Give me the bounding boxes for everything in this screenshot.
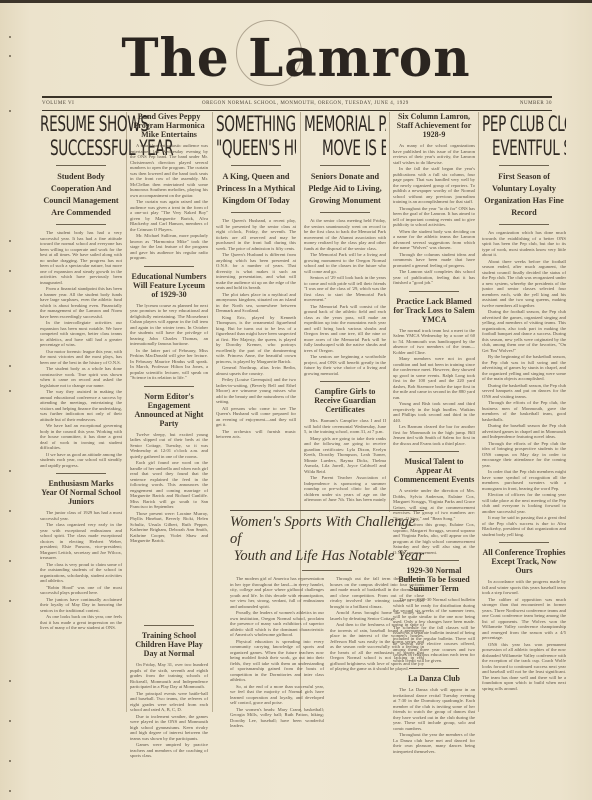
divider [144, 266, 194, 267]
paragraph: Les Barnum cleared the bar for another f… [393, 424, 475, 446]
article-headline: All Conference Trophies Except Track, No… [482, 548, 566, 575]
divider [409, 668, 459, 669]
divider [56, 165, 106, 166]
paragraph: The juniors have continually acclaimed t… [40, 597, 122, 614]
article-campfire: Campfire Girls to Receive Guardian Certi… [304, 381, 386, 502]
paragraph: In accordance with the progress made by … [482, 579, 566, 596]
paragraph: "Robin Hood" was one of the most success… [40, 585, 122, 596]
paragraph: By the beginning of the basketball seaso… [482, 354, 566, 382]
headline-line-2: MOVE IS BACKED [322, 136, 368, 160]
paragraph: If we have as good an attitude among the… [40, 452, 122, 469]
article-headline: Training School Children Have Play Day a… [130, 631, 208, 658]
divider [320, 212, 370, 213]
article-la-danza: La Danza Club The La Danza club will app… [393, 668, 475, 754]
article-lyceum: Educational Numbers Will Feature Lyceum … [130, 266, 208, 381]
article-headline: Enthusiasm Marks Year Of Normal School J… [40, 479, 122, 506]
article-memorial-park: MEMORIAL PARK MOVE IS BACKED Seniors Don… [304, 112, 386, 376]
paragraph: Through the efforts of the Pep club, the… [482, 400, 566, 422]
article-lamron-staff: Six Column Lamron, Staff Achievement for… [393, 112, 475, 286]
column-4: MEMORIAL PARK MOVE IS BACKED Seniors Don… [304, 112, 386, 502]
paragraph: The women's heads: Mary Crane, basketbal… [230, 707, 324, 729]
column-2-lower: Training School Children Have Play Day a… [130, 620, 208, 760]
article-headline: Band Gives Peppy Program Harmonica Mike … [130, 112, 208, 139]
paragraph: In the latter part of February, Miss Per… [130, 348, 208, 381]
paragraph: The Parent Teacher Association of Indepe… [304, 475, 386, 502]
paragraph: Many girls are going to take their ranks… [304, 436, 386, 475]
column-rule [389, 112, 390, 512]
paragraph: Through the columns student ideas and co… [393, 252, 475, 269]
paragraph: The Queen's Husband, a recent play, will… [216, 218, 296, 251]
paragraph: Election of officers for the coming year… [482, 492, 566, 514]
divider [499, 165, 549, 166]
paragraph: The caliber of opposition was much stron… [482, 597, 566, 641]
article-resume: RESUME SHOWS SUCCESSFUL YEAR Student Bod… [40, 112, 122, 468]
article-headline: Six Column Lamron, Staff Achievement for… [393, 112, 475, 139]
column-1: RESUME SHOWS SUCCESSFUL YEAR Student Bod… [40, 112, 122, 632]
issue-date: OREGON NORMAL SCHOOL, MONMOUTH, OREGON, … [202, 101, 409, 106]
paragraph: The La Danza club will appear in an invi… [393, 687, 475, 731]
article-headline: Musical Talent to Appear At Commencement… [393, 457, 475, 484]
paragraph: King Eric, played by Kenneth Thompson, i… [216, 315, 296, 365]
paragraph: The student body as a whole has done con… [40, 366, 122, 388]
divider [144, 625, 194, 626]
article-deck: Student Body Cooperation And Council Man… [40, 171, 122, 219]
paragraph: During the baseball season the Pep club … [482, 423, 566, 440]
article-bulletin: 1929-30 Normal Bulletin To be Issued Sum… [393, 560, 475, 663]
paragraph: Due to inclement weather, the games were… [130, 714, 208, 742]
paragraph: The Queen's Husband is different from an… [216, 252, 296, 291]
paragraph: On Friday, May 31, over two hundred pupi… [130, 662, 208, 690]
divider [409, 560, 459, 561]
divider [144, 386, 194, 387]
paragraph: The modern girl of America has represent… [230, 576, 324, 609]
paragraph: Games were umpired by practice teachers … [130, 742, 208, 759]
paragraph: Each girl found one word on the handle o… [130, 460, 208, 510]
paragraph: Throughout the year "to do for" ONS has … [393, 206, 475, 228]
paragraph: The seniors are beginning a worthwhile p… [304, 354, 386, 376]
paragraph: From a financial standpoint this has bee… [40, 286, 122, 319]
article-pep-club: PEP CLUB CLOSES EVENTFUL SEASON First Se… [482, 112, 566, 537]
divider [499, 224, 549, 225]
headline-line-1: MEMORIAL PARK [304, 112, 363, 136]
paragraph: As one looks back on this year, one feel… [40, 614, 122, 631]
paragraph: The orchestra will furnish music between… [216, 429, 296, 440]
paragraph: We have had an exceptional governing bod… [40, 423, 122, 451]
paragraph: The plot takes place in a mythical and a… [216, 292, 296, 314]
article-headline: Practice Lack Blamed for Track Loss to S… [393, 297, 475, 324]
article-deck: First Season of Voluntary Loyalty Organi… [482, 171, 566, 219]
divider [499, 542, 549, 543]
paragraph: Through the efforts of the Pep club the … [482, 441, 566, 469]
paragraph: The curtain was again raised and the aud… [130, 199, 208, 232]
newspaper-page: The Lamron VOLUME VI OREGON NORMAL SCHOO… [0, 0, 592, 800]
paragraph: It may be said in passing that a great d… [482, 515, 566, 537]
paragraph: Seniors of '29 will look back in the yea… [304, 275, 386, 303]
article-deck: Seniors Donate and Pledge Aid to Living,… [304, 171, 386, 207]
article-enthusiasm: Enthusiasm Marks Year Of Normal School J… [40, 473, 122, 631]
paragraph: A trio from this group, Eulaine Cox, sop… [393, 522, 475, 555]
paragraph: In the fall the staff began the year's p… [393, 166, 475, 205]
paragraph: All persons who come to see The Queen's … [216, 406, 296, 428]
paragraph: Mrs. Barnum's Campfire class I and II wi… [304, 418, 386, 435]
divider [56, 224, 106, 225]
article-track: Practice Lack Blamed for Track Loss to S… [393, 291, 475, 447]
paragraph: Physical education is spreading into eve… [230, 639, 324, 683]
paragraph: An organization which has done much towa… [482, 230, 566, 258]
paragraph: In the intercollegiate activities our ex… [40, 320, 122, 348]
paragraph: A sextette under the direction of Mrs. D… [393, 488, 475, 521]
article-training-school: Training School Children Have Play Day a… [130, 625, 208, 759]
paragraph: Throughout the year the members of the L… [393, 732, 475, 754]
headline-line-1: SOMETHING NEW IN [216, 112, 274, 136]
paragraph: About three weeks before the football se… [482, 259, 566, 309]
column-rule [478, 112, 479, 712]
paragraph: Proudly, the leaders of women's athletic… [230, 610, 324, 638]
article-headline: La Danza Club [393, 674, 475, 683]
paragraph: Petley (Louise Greenquist) and the two l… [216, 377, 296, 405]
paragraph: Many members were not in good condition … [393, 356, 475, 400]
volume-label: VOLUME VI [42, 101, 74, 106]
paragraph: When the student body was deciding on a … [393, 229, 475, 251]
divider [302, 570, 352, 571]
paragraph: The class is very proud to claim some of… [40, 562, 122, 584]
paragraph: The student body has had a very successf… [40, 230, 122, 285]
paragraph: The Memorial Park will consist of the gr… [304, 304, 386, 354]
paragraph: General Northrup, alias Irvin Berlin, al… [216, 365, 296, 376]
masthead: The Lamron [0, 28, 592, 88]
column-rule [126, 112, 127, 712]
divider [320, 381, 370, 382]
article-headline: Norm Editor's Engagement Announced at Ni… [130, 392, 208, 428]
page-top-border [0, 0, 592, 3]
paragraph: The junior class of 1929 has had a most … [40, 510, 122, 521]
headline-line-1: RESUME SHOWS [40, 112, 99, 136]
dateline: VOLUME VI OREGON NORMAL SCHOOL, MONMOUTH… [42, 96, 552, 111]
paragraph: In order that the Pep club members might… [482, 469, 566, 491]
article-trophies: All Conference Trophies Except Track, No… [482, 542, 566, 691]
divider [231, 212, 281, 213]
paragraph: Those present were: Loraine Murray, Phyl… [130, 511, 208, 544]
paragraph: Our motor forensic league this year, wit… [40, 349, 122, 366]
paragraph: The Memorial Park will be a living and g… [304, 252, 386, 274]
paragraph: ONS this year has won permanent possessi… [482, 642, 566, 692]
article-headline: 1929-30 Normal Bulletin To be Issued Sum… [393, 566, 475, 593]
article-headline: Educational Numbers Will Feature Lyceum … [130, 272, 208, 299]
headline-line-2: SUCCESSFUL YEAR [50, 136, 102, 160]
article-queens-husband: SOMETHING NEW IN "QUEEN'S HUSBAND" A Kin… [216, 112, 296, 440]
paragraph: At the senior class meeting held Friday,… [304, 218, 386, 251]
paragraph: During the basketball season, the Pep cl… [482, 383, 566, 400]
paragraph: So, at the end of a more than successful… [230, 684, 324, 706]
paragraph: Young and Bish took second and third res… [393, 401, 475, 423]
paragraph: The lyceum course as planned for next ye… [130, 303, 208, 347]
divider [231, 165, 281, 166]
article-norm-editor: Norm Editor's Engagement Announced at Ni… [130, 386, 208, 544]
divider [409, 451, 459, 452]
divider [320, 165, 370, 166]
paragraph: During the football season, the Pep club… [482, 309, 566, 353]
article-band: Band Gives Peppy Program Harmonica Mike … [130, 112, 208, 261]
column-5: Six Column Lamron, Staff Achievement for… [393, 112, 475, 772]
paragraph: Twelve sleepy, but excited young ladies … [130, 432, 208, 460]
article-deck: A King, Queen and Princess In a Mythical… [216, 171, 296, 207]
paragraph: As many of the school organizations have… [393, 143, 475, 165]
column-6: PEP CLUB CLOSES EVENTFUL SEASON First Se… [482, 112, 566, 772]
paragraph: The class organized very early in the ye… [40, 522, 122, 561]
article-musical-talent: Musical Talent to Appear At Commencement… [393, 451, 475, 555]
paragraph: Mr. Michael Sullivan, more popularly kno… [130, 233, 208, 261]
paragraph: The new 1929-30 Normal school bulletin w… [393, 597, 475, 663]
paragraph: The normal track team lost a meet to the… [393, 328, 475, 356]
paragraph: A small but enthusiastic audience was en… [130, 143, 208, 198]
paragraph: The principal events were battle-ball an… [130, 691, 208, 713]
headline-line-1: PEP CLUB CLOSES [482, 112, 542, 136]
column-3: SOMETHING NEW IN "QUEEN'S HUSBAND" A Kin… [216, 112, 296, 502]
headline-line-2: "QUEEN'S HUSBAND" [216, 136, 274, 160]
divider [409, 291, 459, 292]
column-2: Band Gives Peppy Program Harmonica Mike … [130, 112, 208, 602]
column-rule [212, 112, 213, 712]
newspaper-title: The Lamron [0, 27, 592, 90]
divider [56, 473, 106, 474]
paragraph: The Lamron staff completes this school y… [393, 269, 475, 286]
paragraph: The way they assisted in making the annu… [40, 389, 122, 422]
article-headline: Campfire Girls to Receive Guardian Certi… [304, 387, 386, 414]
issue-number: NUMBER 30 [520, 101, 552, 106]
headline-line-2: EVENTFUL SEASON [492, 136, 545, 160]
